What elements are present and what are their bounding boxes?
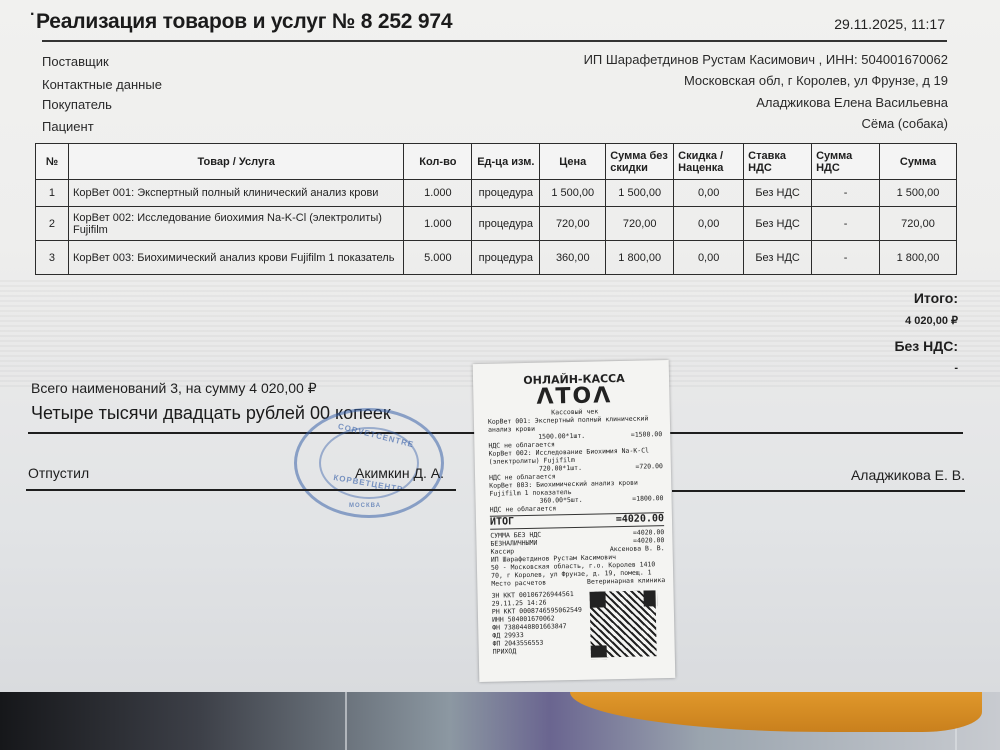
buyer-signature-line xyxy=(672,490,965,492)
buyer-value: Аладжикова Елена Васильевна xyxy=(756,95,948,110)
released-signature-line xyxy=(26,489,456,491)
vat-label: Без НДС: xyxy=(894,338,958,354)
header-vat-rate: Ставка НДС xyxy=(744,144,812,180)
cash-receipt: ОНЛАЙН-КАССА ΛΤΟΛ Кассовый чек КорВет 00… xyxy=(473,360,676,682)
title-divider xyxy=(42,40,947,42)
qr-code-icon xyxy=(587,588,658,659)
row-discount: 0,00 xyxy=(674,180,744,207)
row-sum: 1 800,00 xyxy=(880,241,957,275)
header-price: Цена xyxy=(540,144,606,180)
receipt-item-calc: 720.00*1шт. xyxy=(539,464,582,473)
row-price: 720,00 xyxy=(540,207,606,241)
total-label: Итого: xyxy=(914,290,958,306)
row-sum-before-discount: 720,00 xyxy=(606,207,674,241)
released-by-name: Акимкин Д. А. xyxy=(355,465,444,481)
contacts-value: Московская обл, г Королев, ул Фрунзе, д … xyxy=(684,73,948,88)
patient-label: Пациент xyxy=(42,119,94,134)
header-unit: Ед-ца изм. xyxy=(472,144,540,180)
row-item: КорВет 001: Экспертный полный клинически… xyxy=(68,180,403,207)
row-vat-rate: Без НДС xyxy=(744,207,812,241)
row-quantity: 1.000 xyxy=(404,207,472,241)
row-discount: 0,00 xyxy=(674,241,744,275)
receipt-total-value: =4020.00 xyxy=(616,513,664,526)
vat-value: - xyxy=(954,362,958,374)
row-price: 360,00 xyxy=(540,241,606,275)
row-unit: процедура xyxy=(472,207,540,241)
header-number: № xyxy=(36,144,69,180)
row-item: КорВет 003: Биохимический анализ крови F… xyxy=(68,241,403,275)
header-vat-sum: Сумма НДС xyxy=(812,144,880,180)
receipt-total-label: ИТОГ xyxy=(490,516,514,529)
receipt-place-label: Место расчетов xyxy=(491,579,546,588)
receipt-item-sum: =1500.00 xyxy=(631,430,662,439)
receipt-fiscal-info: ЗН ККТ 00106726944561 29.11.25 14:26 РН … xyxy=(491,590,582,662)
row-unit: процедура xyxy=(472,241,540,275)
row-quantity: 5.000 xyxy=(404,241,472,275)
receipt-item-calc: 1500.00*1шт. xyxy=(538,432,585,441)
header-sum-before-discount: Сумма без скидки xyxy=(606,144,674,180)
supplier-value: ИП Шарафетдинов Рустам Касимович , ИНН: … xyxy=(584,52,948,67)
row-vat-rate: Без НДС xyxy=(744,241,812,275)
row-sum-before-discount: 1 500,00 xyxy=(606,180,674,207)
company-stamp: CORVETCENTRE КОРВЕТЦЕНТР МОСКВА xyxy=(294,408,444,518)
receipt-item-calc: 360.00*5шт. xyxy=(539,496,582,505)
header-quantity: Кол-во xyxy=(404,144,472,180)
header-discount: Скидка / Наценка xyxy=(674,144,744,180)
row-vat-rate: Без НДС xyxy=(744,180,812,207)
row-number: 1 xyxy=(36,180,69,207)
buyer-label: Покупатель xyxy=(42,97,112,112)
stamp-city-text: МОСКВА xyxy=(349,503,381,509)
row-vat-sum: - xyxy=(812,241,880,275)
receipt-item-sum: =720.00 xyxy=(635,462,663,471)
total-value: 4 020,00 ₽ xyxy=(905,314,958,327)
floor-tile-line xyxy=(345,690,347,750)
row-vat-sum: - xyxy=(812,207,880,241)
contacts-label: Контактные данные xyxy=(42,77,162,92)
table-header-row: № Товар / Услуга Кол-во Ед-ца изм. Цена … xyxy=(36,144,957,180)
receipt-item-sum: =1800.00 xyxy=(632,494,663,503)
row-item: КорВет 002: Исследование биохимия Na-K-C… xyxy=(68,207,403,241)
row-number: 2 xyxy=(36,207,69,241)
receipt-place-value: Ветеринарная клиника xyxy=(587,576,665,586)
row-unit: процедура xyxy=(472,180,540,207)
receipt-cashier-name: Аксенова В. В. xyxy=(610,544,665,553)
items-count-summary: Всего наименований 3, на сумму 4 020,00 … xyxy=(31,380,317,397)
row-sum: 1 500,00 xyxy=(880,180,957,207)
row-price: 1 500,00 xyxy=(540,180,606,207)
row-sum: 720,00 xyxy=(880,207,957,241)
row-sum-before-discount: 1 800,00 xyxy=(606,241,674,275)
items-table: № Товар / Услуга Кол-во Ед-ца изм. Цена … xyxy=(35,143,957,275)
row-vat-sum: - xyxy=(812,180,880,207)
row-quantity: 1.000 xyxy=(404,180,472,207)
patient-value: Сёма (собака) xyxy=(861,116,948,131)
row-discount: 0,00 xyxy=(674,207,744,241)
invoice-paper: Реализация товаров и услуг № 8 252 974 2… xyxy=(0,0,1000,692)
released-by-label: Отпустил xyxy=(28,465,89,481)
row-number: 3 xyxy=(36,241,69,275)
receipt-operation-type: ПРИХОД xyxy=(493,646,583,656)
document-title: Реализация товаров и услуг № 8 252 974 xyxy=(36,10,452,34)
header-sum: Сумма xyxy=(880,144,957,180)
document-datetime: 29.11.2025, 11:17 xyxy=(834,16,945,32)
table-row: 2 КорВет 002: Исследование биохимия Na-K… xyxy=(36,207,957,241)
buyer-signature-name: Аладжикова Е. В. xyxy=(851,467,965,483)
table-row: 3 КорВет 003: Биохимический анализ крови… xyxy=(36,241,957,275)
table-row: 1 КорВет 001: Экспертный полный клиничес… xyxy=(36,180,957,207)
header-item: Товар / Услуга xyxy=(68,144,403,180)
supplier-label: Поставщик xyxy=(42,54,109,69)
